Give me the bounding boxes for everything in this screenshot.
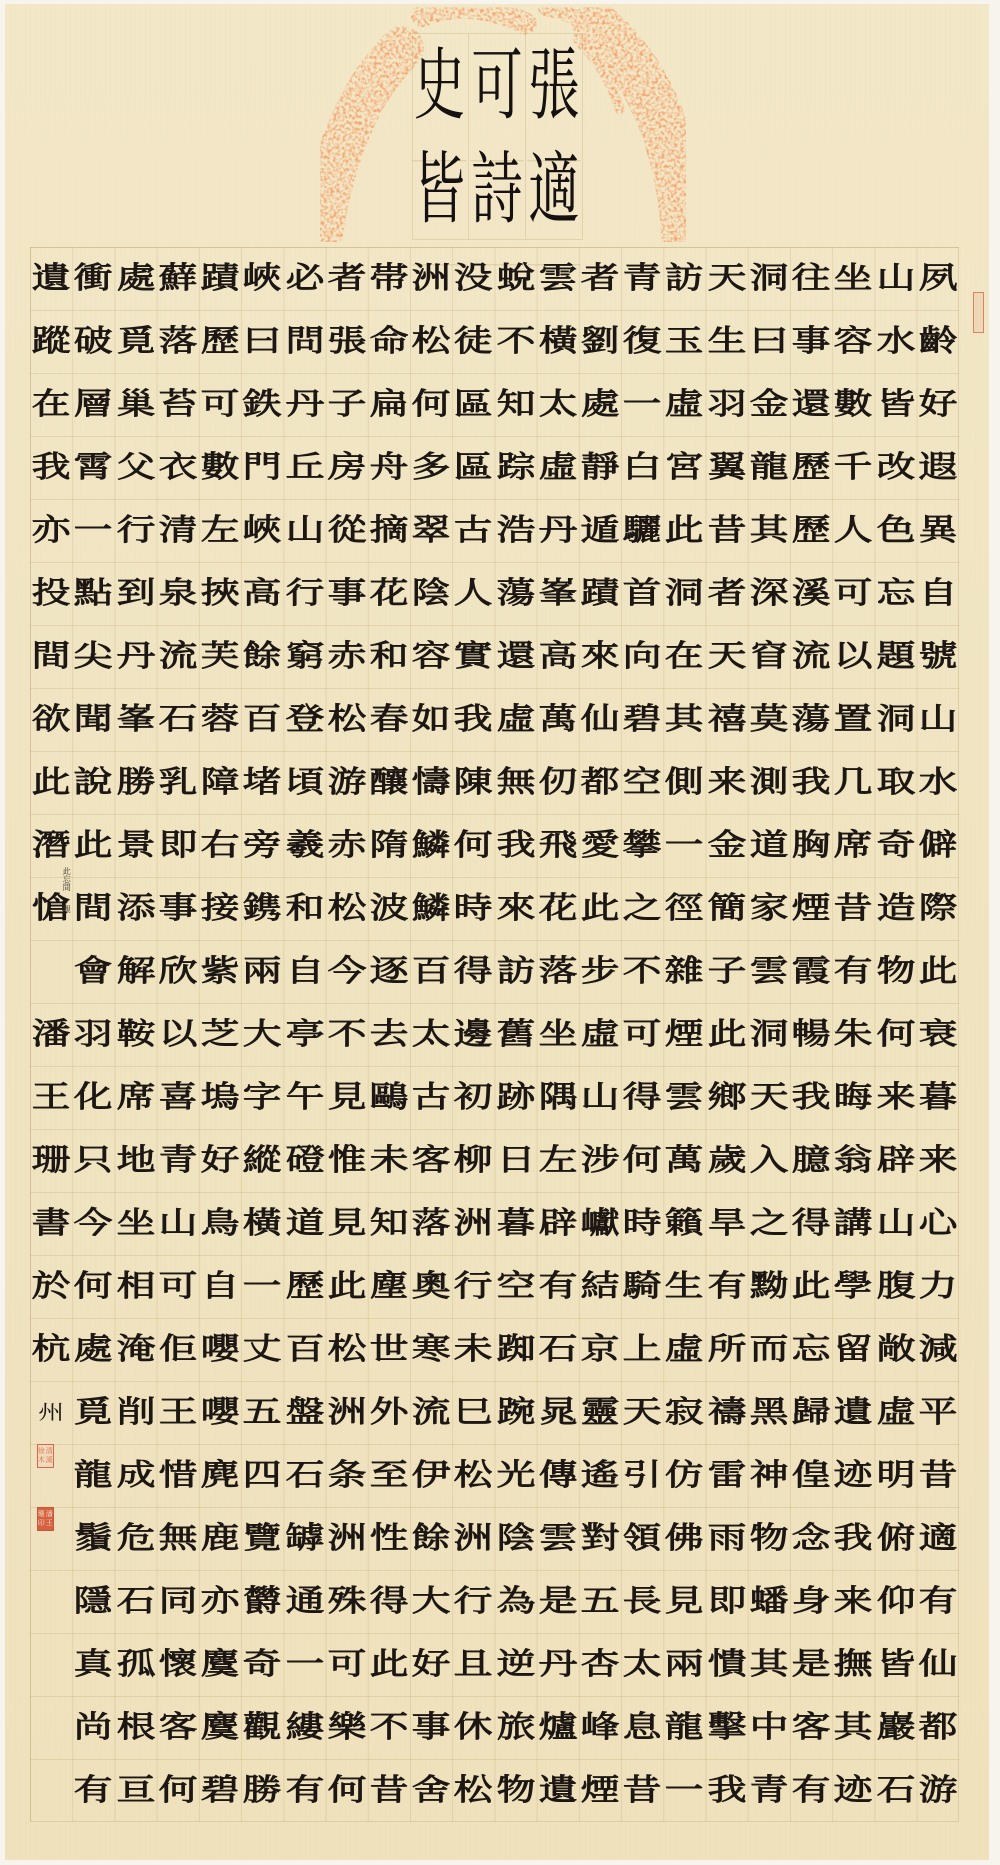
character-cell: 區 [451, 441, 497, 494]
header-seal [973, 292, 984, 333]
character-cell: 青 [620, 252, 666, 305]
character-cell: 間 [28, 630, 74, 683]
character-cell: 客 [788, 1701, 834, 1754]
character-cell: 此 [788, 1260, 834, 1313]
character-cell: 麂 [197, 1449, 243, 1502]
character-cell: 峽 [240, 504, 286, 557]
character-cell: 天 [704, 252, 750, 305]
final-text: 遺蹤在我亦投間欲此潛愴 [30, 247, 72, 940]
name-seal-red-text: 清溪徐木 [37, 1444, 54, 1468]
character-cell: 知 [366, 1197, 412, 1250]
text-column-13: 洲松何多翠陰容如懤鱗鱗百太古客落奧寒流伊餘大好事舍 [410, 247, 452, 1822]
character-cell: 異 [915, 504, 961, 557]
character-cell: 有 [282, 1764, 328, 1817]
character-cell: 碧 [197, 1764, 243, 1817]
character-cell: 我 [788, 756, 834, 809]
character-cell: 舍 [408, 1764, 454, 1817]
character-cell: 巖 [873, 1701, 919, 1754]
character-cell: 隋 [366, 819, 412, 872]
character-cell: 接 [197, 882, 243, 935]
character-cell: 虛 [493, 693, 539, 746]
character-cell: 流 [155, 630, 201, 683]
character-cell: 和 [282, 882, 328, 935]
character-cell: 子 [704, 945, 750, 998]
character-cell: 逐 [366, 945, 412, 998]
character-cell: 羽 [71, 1008, 117, 1061]
character-cell: 還 [493, 630, 539, 683]
character-cell: 所 [704, 1323, 750, 1376]
character-cell: 覓 [113, 315, 159, 368]
character-cell: 霄 [71, 441, 117, 494]
character-cell: 佢 [155, 1323, 201, 1376]
character-cell: 白 [620, 441, 666, 494]
character-cell: 暮 [915, 1071, 961, 1124]
character-cell: 都 [577, 756, 623, 809]
text-column-7: 訪玉虛宮此洞在其側一徑雜煙雲萬籟生虛寂仿佛見兩龍一 [663, 247, 705, 1822]
text-column-12: 没徒區區古人實我陳何時得邊初柳洲行未巳松洲行且休松 [452, 247, 494, 1822]
signature-character: 於 [28, 1260, 74, 1313]
character-cell: 好 [197, 1134, 243, 1187]
character-cell: 昔 [831, 882, 877, 935]
character-cell: 性 [366, 1512, 412, 1565]
character-cell: 山 [873, 1197, 919, 1250]
character-cell: 衣 [155, 441, 201, 494]
character-cell: 洲 [451, 1197, 497, 1250]
character-cell: 攀 [620, 819, 666, 872]
signature: 潘王珊書於杭州 [30, 1003, 72, 1444]
character-cell: 其 [746, 504, 792, 557]
text-column-17: 峽曰鉄門峽高餘百堵旁鎸兩大字縱橫一丈五四覽欝奇觀勝 [241, 247, 283, 1822]
character-cell: 舟 [366, 441, 412, 494]
character-cell: 丹 [282, 378, 328, 431]
character-cell: 游 [324, 756, 370, 809]
character-cell: 坐 [831, 252, 877, 305]
character-cell: 樂 [324, 1701, 370, 1754]
character-cell: 減 [915, 1323, 961, 1376]
character-cell: 来 [915, 1134, 961, 1187]
character-cell: 時 [451, 882, 497, 935]
name-seal-white-text: 潘王珊印 [37, 1507, 54, 1531]
character-cell: 洲 [324, 1386, 370, 1439]
character-cell: 我 [28, 441, 74, 494]
character-cell: 復 [620, 315, 666, 368]
character-cell: 行 [282, 567, 328, 620]
character-cell: 天 [704, 630, 750, 683]
character-cell: 跡 [493, 1071, 539, 1124]
character-cell: 流 [408, 1386, 454, 1439]
character-cell: 事 [155, 882, 201, 935]
character-cell: 可 [620, 1008, 666, 1061]
character-cell: 處 [577, 378, 623, 431]
character-cell: 峰 [577, 1701, 623, 1754]
character-cell: 雨 [704, 1512, 750, 1565]
character-cell: 見 [662, 1575, 708, 1628]
character-cell: 尚 [71, 1701, 117, 1754]
character-cell: 腹 [873, 1260, 919, 1313]
character-cell: 解 [113, 945, 159, 998]
character-cell: 何 [155, 1764, 201, 1817]
character-cell: 景 [113, 819, 159, 872]
character-cell: 霞 [788, 945, 834, 998]
character-cell: 泉 [155, 567, 201, 620]
character-cell: 夙 [915, 252, 961, 305]
character-cell: 辟 [873, 1134, 919, 1187]
title-character: 皆 [412, 115, 466, 266]
character-cell: 喜 [155, 1071, 201, 1124]
character-cell: 芙 [197, 630, 243, 683]
character-cell: 歷 [788, 441, 834, 494]
main-text-grid: 夙齡好遐異自號山水僻際此衰暮来心力減平昔適有仙都游 山水皆改色忘題洞取奇造物何来… [30, 247, 959, 1822]
character-cell: 命 [366, 315, 412, 368]
text-column-5: 洞曰金龍其深窅莫測道家雲洞天入之黝而黑神物蟠其中青 [748, 247, 790, 1822]
character-cell: 石 [535, 1323, 581, 1376]
character-cell: 今 [324, 945, 370, 998]
title-column-3: 史皆 [411, 34, 468, 239]
character-cell: 以 [155, 1008, 201, 1061]
character-cell: 多 [408, 441, 454, 494]
character-cell: 孤 [113, 1638, 159, 1691]
character-cell: 實 [451, 630, 497, 683]
character-cell: 休 [451, 1701, 497, 1754]
character-cell: 丹 [535, 1638, 581, 1691]
character-cell: 僻 [915, 819, 961, 872]
character-cell: 去 [366, 1008, 412, 1061]
character-cell: 皆 [873, 378, 919, 431]
character-cell: 測 [746, 756, 792, 809]
character-cell: 龍 [746, 441, 792, 494]
character-cell: 且 [451, 1638, 497, 1691]
character-cell: 塢 [197, 1071, 243, 1124]
character-cell: 數 [831, 378, 877, 431]
character-cell: 長 [620, 1575, 666, 1628]
character-cell: 亭 [282, 1008, 328, 1061]
character-cell: 靜 [577, 441, 623, 494]
character-cell: 巳 [451, 1386, 497, 1439]
character-cell: 落 [155, 315, 201, 368]
character-cell: 物 [873, 945, 919, 998]
character-cell: 左 [535, 1134, 581, 1187]
character-cell: 道 [282, 1197, 328, 1250]
character-cell: 天 [620, 1386, 666, 1439]
character-cell: 置 [831, 693, 877, 746]
character-cell: 鎸 [240, 882, 286, 935]
character-cell: 窮 [282, 630, 328, 683]
character-cell: 以 [831, 630, 877, 683]
character-cell: 蕩 [493, 567, 539, 620]
character-cell: 何 [408, 378, 454, 431]
character-cell: 齡 [915, 315, 961, 368]
character-cell: 清 [155, 504, 201, 557]
character-cell: 臆 [788, 1134, 834, 1187]
character-cell: 數 [197, 441, 243, 494]
character-cell: 溪 [788, 567, 834, 620]
character-cell: 此 [366, 1638, 412, 1691]
character-cell: 往 [788, 252, 834, 305]
character-cell: 高 [240, 567, 286, 620]
character-cell: 覓 [71, 1386, 117, 1439]
character-cell: 還 [788, 378, 834, 431]
character-cell: 仙 [577, 693, 623, 746]
character-cell: 雲 [746, 945, 792, 998]
character-cell: 地 [113, 1134, 159, 1187]
character-cell: 間 [71, 882, 117, 935]
character-cell: 遙 [577, 1449, 623, 1502]
character-cell: 涉 [577, 1134, 623, 1187]
character-cell: 歷 [197, 315, 243, 368]
character-cell: 萬 [535, 693, 581, 746]
text-column-14: 帯命扁舟摘花和春釀隋波逐去鷗未知塵世外至性得此不昔 [368, 247, 410, 1822]
character-cell: 客 [408, 1134, 454, 1187]
character-cell: 點 [71, 567, 117, 620]
character-cell: 雲 [535, 1512, 581, 1565]
character-cell: 入 [746, 1134, 792, 1187]
character-cell: 說 [71, 756, 117, 809]
character-cell: 光 [493, 1449, 539, 1502]
character-cell: 聞 [71, 693, 117, 746]
character-cell: 流 [788, 630, 834, 683]
character-cell: 張 [324, 315, 370, 368]
character-cell: 飛 [535, 819, 581, 872]
text-column-2: 山水皆改色忘題洞取奇造物何来辟山腹敞虛明俯仰皆巖石 [875, 247, 917, 1822]
character-cell: 雷 [704, 1449, 750, 1502]
character-cell: 餘 [408, 1512, 454, 1565]
character-cell: 丹 [535, 504, 581, 557]
character-cell: 奧 [408, 1260, 454, 1313]
character-cell: 之 [620, 882, 666, 935]
character-cell: 太 [535, 378, 581, 431]
character-cell: 傳 [535, 1449, 581, 1502]
character-cell: 步 [577, 945, 623, 998]
text-column-16: 必問丹丘山行窮登頃羲和自亭午磴道歷百盤石罅通一縷有 [284, 247, 326, 1822]
character-cell: 雲 [662, 1071, 708, 1124]
character-cell: 大 [240, 1008, 286, 1061]
character-cell: 仞 [535, 756, 581, 809]
character-cell: 翠 [408, 504, 454, 557]
character-cell: 黑 [746, 1386, 792, 1439]
character-cell: 事 [788, 315, 834, 368]
character-cell: 明 [873, 1449, 919, 1502]
character-cell: 障 [197, 756, 243, 809]
character-cell: 嚶 [197, 1386, 243, 1439]
character-cell: 席 [831, 819, 877, 872]
character-cell: 迹 [831, 1449, 877, 1502]
character-cell: 乳 [155, 756, 201, 809]
character-cell: 人 [451, 567, 497, 620]
character-cell: 玉 [662, 315, 708, 368]
character-cell: 鱗 [408, 882, 454, 935]
character-cell: 處 [113, 252, 159, 305]
character-cell: 觀 [240, 1701, 286, 1754]
character-cell: 条 [324, 1449, 370, 1502]
character-cell: 磴 [282, 1134, 328, 1187]
character-cell: 花 [535, 882, 581, 935]
character-cell: 亦 [28, 504, 74, 557]
character-cell: 来 [873, 1071, 919, 1124]
character-cell: 摘 [366, 504, 412, 557]
character-cell: 登 [282, 693, 328, 746]
character-cell: 百 [408, 945, 454, 998]
character-cell: 佛 [662, 1512, 708, 1565]
title-character: 詩 [470, 115, 523, 266]
character-cell: 行 [113, 504, 159, 557]
character-cell: 虛 [535, 441, 581, 494]
character-cell: 即 [155, 819, 201, 872]
character-cell: 暮 [493, 1197, 539, 1250]
character-cell: 俯 [873, 1512, 919, 1565]
character-cell: 陳 [451, 756, 497, 809]
character-cell: 山 [282, 504, 328, 557]
character-cell: 落 [408, 1197, 454, 1250]
character-cell: 青 [746, 1764, 792, 1817]
character-cell: 引 [620, 1449, 666, 1502]
character-cell: 羽 [704, 378, 750, 431]
character-cell: 一 [662, 819, 708, 872]
character-cell: 我 [493, 819, 539, 872]
character-cell: 蹟 [197, 252, 243, 305]
character-cell: 嚶 [197, 1323, 243, 1376]
character-cell: 波 [366, 882, 412, 935]
character-cell: 曰 [240, 315, 286, 368]
character-cell: 晁 [535, 1386, 581, 1439]
character-cell: 歸 [788, 1386, 834, 1439]
character-cell: 寂 [662, 1386, 708, 1439]
character-cell: 朱 [831, 1008, 877, 1061]
character-cell: 王 [155, 1386, 201, 1439]
character-cell: 巢 [113, 378, 159, 431]
character-cell: 化 [71, 1071, 117, 1124]
character-cell: 伊 [408, 1449, 454, 1502]
character-cell: 行 [451, 1260, 497, 1313]
character-cell: 麌 [197, 1701, 243, 1754]
character-cell: 到 [113, 567, 159, 620]
character-cell: 無 [493, 756, 539, 809]
character-cell: 懤 [408, 756, 454, 809]
character-cell: 餘 [240, 630, 286, 683]
character-cell: 一 [620, 378, 666, 431]
character-cell: 空 [620, 756, 666, 809]
character-cell: 不 [324, 1008, 370, 1061]
character-cell: 来 [704, 756, 750, 809]
character-cell: 此 [915, 945, 961, 998]
annotation-text-2: 觀 [62, 905, 71, 913]
character-cell: 青 [155, 1134, 201, 1187]
character-cell: 蛻 [493, 252, 539, 305]
character-cell: 在 [662, 630, 708, 683]
character-cell: 劉 [577, 315, 623, 368]
character-cell: 胸 [788, 819, 834, 872]
character-cell: 物 [493, 1764, 539, 1817]
character-cell: 其 [662, 693, 708, 746]
text-column-9: 者劉處靜遁蹟來仙都愛此步虛山涉巘結京靈遙對五杏峰煙 [579, 247, 621, 1822]
text-column-10: 雲橫太虛丹峯高萬仞飛花落坐隅左辟有石晁傳雲是丹爐遺 [537, 247, 579, 1822]
character-cell: 潛 [28, 819, 74, 872]
character-cell: 客 [155, 1701, 201, 1754]
signature-character: 王 [28, 1071, 74, 1124]
signature-character: 潘 [28, 1008, 74, 1061]
character-cell: 衝 [71, 252, 117, 305]
character-cell: 赤 [324, 819, 370, 872]
character-cell: 日 [493, 1134, 539, 1187]
character-cell: 投 [28, 567, 74, 620]
character-cell: 右 [197, 819, 243, 872]
character-cell: 自 [282, 945, 328, 998]
character-cell: 宮 [662, 441, 708, 494]
character-cell: 未 [451, 1323, 497, 1376]
character-cell: 昔 [704, 504, 750, 557]
character-cell: 此 [662, 504, 708, 557]
character-cell: 踠 [493, 1386, 539, 1439]
character-cell: 房 [324, 441, 370, 494]
character-cell: 不 [366, 1701, 412, 1754]
character-cell: 歷 [788, 504, 834, 557]
character-cell: 領 [620, 1512, 666, 1565]
character-cell: 一 [282, 1638, 328, 1691]
character-cell: 一 [662, 1764, 708, 1817]
character-cell: 山 [577, 1071, 623, 1124]
character-cell: 虛 [873, 1386, 919, 1439]
character-cell: 扁 [366, 378, 412, 431]
character-cell: 撫 [831, 1638, 877, 1691]
character-cell: 靈 [577, 1386, 623, 1439]
character-cell: 今 [71, 1197, 117, 1250]
character-cell: 旁 [240, 819, 286, 872]
character-cell: 行 [451, 1575, 497, 1628]
character-cell: 此 [704, 1008, 750, 1061]
character-cell: 金 [704, 819, 750, 872]
character-cell: 芝 [197, 1008, 243, 1061]
character-cell: 峽 [240, 252, 286, 305]
character-cell: 京 [577, 1323, 623, 1376]
character-cell: 隅 [535, 1071, 581, 1124]
character-cell: 麌 [197, 1638, 243, 1691]
character-cell: 天 [746, 1071, 792, 1124]
character-cell: 山 [873, 252, 919, 305]
character-cell: 破 [71, 315, 117, 368]
character-cell: 相 [113, 1260, 159, 1313]
character-cell: 百 [282, 1323, 328, 1376]
character-cell: 真 [71, 1638, 117, 1691]
character-cell: 色 [873, 504, 919, 557]
character-cell: 禱 [704, 1386, 750, 1439]
character-cell: 峯 [535, 567, 581, 620]
annotation-text: 此忘間 [62, 867, 71, 891]
character-cell: 蕩 [788, 693, 834, 746]
character-cell: 此 [28, 756, 74, 809]
character-cell: 來 [493, 882, 539, 935]
character-cell: 未 [366, 1134, 412, 1187]
character-cell: 造 [873, 882, 919, 935]
character-cell: 念 [788, 1512, 834, 1565]
character-cell: 苔 [155, 378, 201, 431]
character-cell: 何 [873, 1008, 919, 1061]
character-cell: 邊 [451, 1008, 497, 1061]
character-cell: 四 [240, 1449, 286, 1502]
character-cell: 生 [662, 1260, 708, 1313]
character-cell: 古 [451, 504, 497, 557]
character-cell: 對 [577, 1512, 623, 1565]
character-cell: 洞 [873, 693, 919, 746]
character-cell: 好 [408, 1638, 454, 1691]
character-cell: 水 [915, 756, 961, 809]
character-cell: 縷 [282, 1701, 328, 1754]
character-cell: 石 [155, 693, 201, 746]
seal-cell: 潘王珊印 [30, 1507, 72, 1570]
character-cell: 成 [113, 1449, 159, 1502]
character-cell: 曰 [746, 315, 792, 368]
character-cell: 殊 [324, 1575, 370, 1628]
character-cell: 會 [71, 945, 117, 998]
character-cell: 千 [831, 441, 877, 494]
